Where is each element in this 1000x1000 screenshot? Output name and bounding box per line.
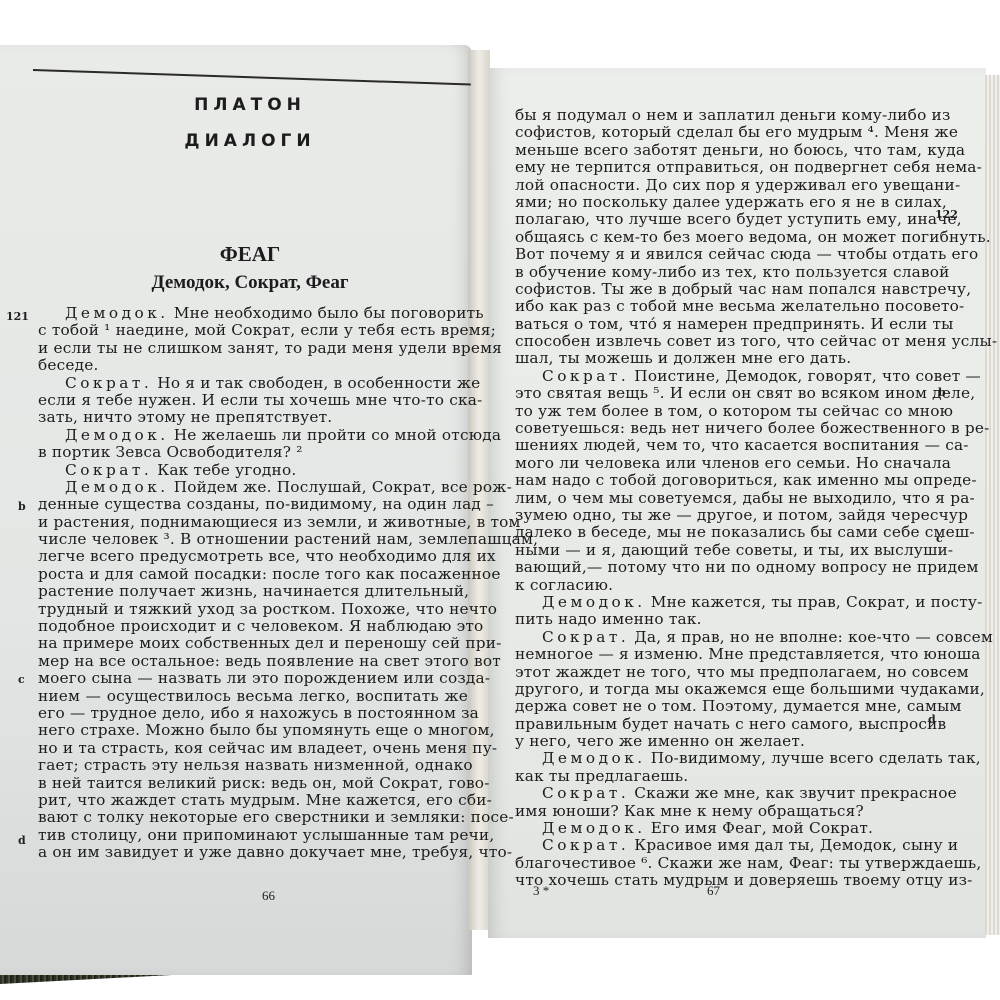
line-text: тив столицу, они припоминают услышанные … [38, 826, 494, 844]
line-text: нием — осуществилось весьма легко, воспи… [38, 687, 468, 705]
line-text: софистов, который сделал бы его мудрым ⁴… [515, 123, 958, 141]
line-text: если я тебе нужен. И если ты хочешь мне … [38, 391, 482, 409]
text-line: бы я подумал о нем и заплатил деньги ком… [515, 107, 940, 124]
line-text: нам надо с тобой договориться, как именн… [515, 471, 977, 489]
text-line: общаясь с кем-то без моего ведома, он мо… [515, 229, 940, 246]
line-text: ему не терпится отправиться, он подвергн… [515, 158, 982, 176]
page-edges [985, 75, 1000, 935]
line-text: По-видимому, лучше всего сделать так, [646, 749, 981, 767]
text-line: беседе. [38, 357, 468, 374]
line-text: зумею одно, ты же — другое, и потом, зай… [515, 506, 968, 524]
speaker-name: Сократ. [542, 784, 629, 802]
line-text: Не желаешь ли пройти со мной отсюда [169, 426, 502, 444]
line-text: денные существа созданы, по-видимому, на… [38, 495, 494, 513]
line-text: у него, чего же именно он желает. [515, 732, 805, 750]
line-text: Поистине, Демодок, говорят, что совет — [629, 367, 981, 385]
text-line: меньше всего заботят деньги, но боюсь, ч… [515, 142, 940, 159]
text-line: ями; но поскольку далее удержать его я н… [515, 194, 940, 211]
line-text: бы я подумал о нем и заплатил деньги ком… [515, 106, 951, 124]
line-text: меньше всего заботят деньги, но боюсь, ч… [515, 141, 965, 159]
line-text: мого ли человека или членов его семьи. Н… [515, 454, 951, 472]
text-line: пить надо именно так. [515, 611, 940, 628]
dialogue-characters: Демодок, Сократ, Феаг [30, 272, 470, 294]
line-text: пить надо именно так. [515, 610, 702, 628]
line-text: роста и для самой посадки: после того ка… [38, 565, 501, 583]
text-line: держа совет не о том. Поэтому, думается … [515, 698, 940, 715]
line-text: что хочешь стать мудрым и доверяешь твое… [515, 871, 973, 889]
speaker-name: Сократ. [542, 628, 629, 646]
line-text: Да, я прав, но не вполне: кое-что — совс… [629, 628, 993, 646]
line-text: к согласию. [515, 576, 613, 594]
right-page-text: бы я подумал о нем и заплатил деньги ком… [515, 107, 940, 890]
speaker-name: Сократ. [542, 836, 629, 854]
line-text: растение получает жизнь, начинается длит… [38, 582, 469, 600]
text-line: него страхе. Можно было бы упомянуть еще… [38, 722, 468, 739]
text-line: в обучение кому-либо из тех, кто пользуе… [515, 264, 940, 281]
text-line: софистов. Ты же в добрый час нам попался… [515, 281, 940, 298]
line-text: ваться о том, что́ я намерен предпринять… [515, 315, 954, 333]
text-line: шениях людей, чем то, что касается воспи… [515, 437, 940, 454]
margin-mark-b-left: b [18, 500, 26, 513]
collection-title: ДИАЛОГИ [30, 131, 470, 151]
line-text: ями; но поскольку далее удержать его я н… [515, 193, 947, 211]
line-text: вающий,— потому что ни по одному вопросу… [515, 558, 979, 576]
text-line: имя юноши? Как мне к нему обращаться? [515, 803, 940, 820]
text-line: Сократ. Скажи же мне, как звучит прекрас… [515, 785, 940, 802]
line-text: другого, и тогда мы окажемся еще большим… [515, 680, 985, 698]
line-text: этот жаждет не того, что мы предполагаем… [515, 663, 969, 681]
text-line: растение получает жизнь, начинается длит… [38, 583, 468, 600]
line-text: как ты предлагаешь. [515, 767, 688, 785]
text-line: легче всего предусмотреть все, что необх… [38, 548, 468, 565]
text-line: правильным будет начать с него самого, в… [515, 716, 940, 733]
line-text: правильным будет начать с него самого, в… [515, 715, 946, 733]
text-line: роста и для самой посадки: после того ка… [38, 566, 468, 583]
line-text: благочестивое ⁶. Скажи же нам, Феаг: ты … [515, 854, 982, 872]
line-text: вают с толку некоторые его сверстники и … [38, 808, 514, 826]
text-line: софистов, который сделал бы его мудрым ⁴… [515, 124, 940, 141]
speaker-name: Демодок. [542, 593, 646, 611]
text-line: как ты предлагаешь. [515, 768, 940, 785]
text-line: зумею одно, ты же — другое, и потом, зай… [515, 507, 940, 524]
text-line: и если ты не слишком занят, то ради меня… [38, 340, 468, 357]
text-line: что хочешь стать мудрым и доверяешь твое… [515, 872, 940, 889]
line-text: с тобой ¹ наедине, мой Сократ, если у те… [38, 321, 496, 339]
line-text: советуешься: ведь нет ничего более божес… [515, 419, 990, 437]
text-line: в ней таится великий риск: ведь он, мой … [38, 775, 468, 792]
line-text: далеко в беседе, мы не показались бы сам… [515, 523, 975, 541]
line-text: числе человек ³. В отношении растений на… [38, 530, 538, 548]
line-text: а он им завидует и уже давно докучает мн… [38, 843, 512, 861]
margin-mark-d-left: d [18, 834, 26, 847]
margin-mark-b-right: b [938, 386, 946, 399]
line-text: то уж тем более в том, о котором ты сейч… [515, 402, 953, 420]
line-text: и если ты не слишком занят, то ради меня… [38, 339, 502, 357]
line-text: его — трудное дело, ибо я нахожусь в пос… [38, 704, 479, 722]
text-line: лой опасности. До сих пор я удерживал ег… [515, 177, 940, 194]
text-line: в портик Зевса Освободителя? ² [38, 444, 468, 461]
text-line: трудный и тяжкий уход за ростком. Похоже… [38, 601, 468, 618]
text-line: подобное происходит и с человеком. Я наб… [38, 618, 468, 635]
line-text: трудный и тяжкий уход за ростком. Похоже… [38, 600, 497, 618]
page-number-right: 67 [707, 883, 720, 899]
dialogue-title: ФЕАГ [30, 242, 470, 267]
text-line: ваться о том, что́ я намерен предпринять… [515, 316, 940, 333]
text-line: вающий,— потому что ни по одному вопросу… [515, 559, 940, 576]
line-text: способен извлечь совет из того, что сейч… [515, 332, 997, 350]
text-line: а он им завидует и уже давно докучает мн… [38, 844, 468, 861]
line-text: зать, ничто этому не препятствует. [38, 408, 332, 426]
text-line: благочестивое ⁶. Скажи же нам, Феаг: ты … [515, 855, 940, 872]
speaker-name: Демодок. [65, 304, 169, 322]
text-line: шал, ты можешь и должен мне его дать. [515, 350, 940, 367]
text-line: вают с толку некоторые его сверстники и … [38, 809, 468, 826]
text-line: зать, ничто этому не препятствует. [38, 409, 468, 426]
speaker-name: Сократ. [65, 461, 152, 479]
margin-mark-d-right: d [928, 713, 936, 726]
line-text: и растения, поднимающиеся из земли, и жи… [38, 513, 521, 531]
text-line: немногое — я изменю. Мне представляется,… [515, 646, 940, 663]
text-line: гает; страсть эту нельзя назвать низменн… [38, 757, 468, 774]
line-text: лой опасности. До сих пор я удерживал ег… [515, 176, 960, 194]
text-line: Сократ. Но я и так свободен, в особеннос… [38, 375, 468, 392]
speaker-name: Сократ. [542, 367, 629, 385]
margin-mark-c-left: c [18, 673, 25, 686]
line-text: имя юноши? Как мне к нему обращаться? [515, 802, 864, 820]
text-line: лим, о чем мы советуемся, дабы не выходи… [515, 490, 940, 507]
text-line: мого ли человека или членов его семьи. Н… [515, 455, 940, 472]
text-line: Сократ. Поистине, Демодок, говорят, что … [515, 368, 940, 385]
line-text: подобное происходит и с человеком. Я наб… [38, 617, 483, 635]
line-text: но и та страсть, коя сейчас им владеет, … [38, 739, 497, 757]
line-text: мер на все остальное: ведь появление на … [38, 652, 501, 670]
line-text: в портик Зевса Освободителя? ² [38, 443, 303, 461]
line-text: шениях людей, чем то, что касается воспи… [515, 436, 969, 454]
text-line: способен извлечь совет из того, что сейч… [515, 333, 940, 350]
speaker-name: Демодок. [65, 478, 169, 496]
text-line: Вот почему я и явился сейчас сюда — чтоб… [515, 246, 940, 263]
line-text: в обучение кому-либо из тех, кто пользуе… [515, 263, 950, 281]
margin-mark-121: 121 [6, 310, 29, 323]
text-line: Сократ. Как тебе угодно. [38, 462, 468, 479]
margin-mark-122: 122 [935, 208, 958, 221]
line-text: моего сына — назвать ли это порождением … [38, 669, 490, 687]
text-line: Демодок. Не желаешь ли пройти со мной от… [38, 427, 468, 444]
speaker-name: Демодок. [542, 749, 646, 767]
line-text: лим, о чем мы советуемся, дабы не выходи… [515, 489, 975, 507]
text-line: далеко в беседе, мы не показались бы сам… [515, 524, 940, 541]
text-line: его — трудное дело, ибо я нахожусь в пос… [38, 705, 468, 722]
text-line: Демодок. По-видимому, лучше всего сделат… [515, 750, 940, 767]
author-title: ПЛАТОН [30, 95, 470, 115]
text-line: числе человек ³. В отношении растений на… [38, 531, 468, 548]
line-text: немногое — я изменю. Мне представляется,… [515, 645, 981, 663]
text-line: мер на все остальное: ведь появление на … [38, 653, 468, 670]
line-text: общаясь с кем-то без моего ведома, он мо… [515, 228, 991, 246]
text-line: Демодок. Мне необходимо было бы поговори… [38, 305, 468, 322]
line-text: него страхе. Можно было бы упомянуть еще… [38, 721, 495, 739]
text-line: денные существа созданы, по-видимому, на… [38, 496, 468, 513]
line-text: шал, ты можешь и должен мне его дать. [515, 349, 851, 367]
text-line: Демодок. Его имя Феаг, мой Сократ. [515, 820, 940, 837]
speaker-name: Сократ. [65, 374, 152, 392]
line-text: гает; страсть эту нельзя назвать низменн… [38, 756, 473, 774]
text-line: тив столицу, они припоминают услышанные … [38, 827, 468, 844]
speaker-name: Демодок. [65, 426, 169, 444]
line-text: софистов. Ты же в добрый час нам попался… [515, 280, 971, 298]
text-line: рит, что жаждет стать мудрым. Мне кажетс… [38, 792, 468, 809]
line-text: рит, что жаждет стать мудрым. Мне кажетс… [38, 791, 492, 809]
text-line: моего сына — назвать ли это порождением … [38, 670, 468, 687]
line-text: легче всего предусмотреть все, что необх… [38, 547, 496, 565]
text-line: ему не терпится отправиться, он подвергн… [515, 159, 940, 176]
text-line: к согласию. [515, 577, 940, 594]
text-line: Демодок. Пойдем же. Послушай, Сократ, вс… [38, 479, 468, 496]
line-text: Мне необходимо было бы поговорить [169, 304, 484, 322]
text-line: но и та страсть, коя сейчас им владеет, … [38, 740, 468, 757]
line-text: Вот почему я и явился сейчас сюда — чтоб… [515, 245, 978, 263]
signature-mark: 3 * [533, 883, 549, 899]
text-line: ибо как раз с тобой мне весьма желательн… [515, 298, 940, 315]
text-line: и растения, поднимающиеся из земли, и жи… [38, 514, 468, 531]
line-text: ибо как раз с тобой мне весьма желательн… [515, 297, 964, 315]
left-page-text: Демодок. Мне необходимо было бы поговори… [38, 305, 468, 862]
text-line: нам надо с тобой договориться, как именн… [515, 472, 940, 489]
text-line: советуешься: ведь нет ничего более божес… [515, 420, 940, 437]
line-text: Мне кажется, ты прав, Сократ, и посту- [646, 593, 983, 611]
line-text: это святая вещь ⁵. И если он свят во вся… [515, 384, 975, 402]
line-text: полагаю, что лучше всего будет уступить … [515, 210, 962, 228]
text-line: ными — и я, дающий тебе советы, и ты, их… [515, 542, 940, 559]
line-text: в ней таится великий риск: ведь он, мой … [38, 774, 490, 792]
line-text: Но я и так свободен, в особенности же [152, 374, 480, 392]
line-text: держа совет не о том. Поэтому, думается … [515, 697, 962, 715]
text-line: Сократ. Красивое имя дал ты, Демодок, сы… [515, 837, 940, 854]
line-text: беседе. [38, 356, 99, 374]
text-line: Демодок. Мне кажется, ты прав, Сократ, и… [515, 594, 940, 611]
text-line: этот жаждет не того, что мы предполагаем… [515, 664, 940, 681]
text-line: Сократ. Да, я прав, но не вполне: кое-чт… [515, 629, 940, 646]
text-line: на примере моих собственных дел и перено… [38, 635, 468, 652]
speaker-name: Демодок. [542, 819, 646, 837]
text-line: у него, чего же именно он желает. [515, 733, 940, 750]
line-text: Красивое имя дал ты, Демодок, сыну и [629, 836, 958, 854]
line-text: ными — и я, дающий тебе советы, и ты, их… [515, 541, 953, 559]
text-line: если я тебе нужен. И если ты хочешь мне … [38, 392, 468, 409]
line-text: на примере моих собственных дел и перено… [38, 634, 501, 652]
text-line: с тобой ¹ наедине, мой Сократ, если у те… [38, 322, 468, 339]
line-text: Скажи же мне, как звучит прекрасное [629, 784, 957, 802]
text-line: это святая вещь ⁵. И если он свят во вся… [515, 385, 940, 402]
text-line: то уж тем более в том, о котором ты сейч… [515, 403, 940, 420]
text-line: другого, и тогда мы окажемся еще большим… [515, 681, 940, 698]
text-line: полагаю, что лучше всего будет уступить … [515, 211, 940, 228]
line-text: Его имя Феаг, мой Сократ. [646, 819, 873, 837]
text-line: нием — осуществилось весьма легко, воспи… [38, 688, 468, 705]
line-text: Как тебе угодно. [152, 461, 296, 479]
line-text: Пойдем же. Послушай, Сократ, все рож- [169, 478, 512, 496]
margin-mark-c-right: c [936, 532, 943, 545]
page-number-left: 66 [262, 888, 275, 904]
